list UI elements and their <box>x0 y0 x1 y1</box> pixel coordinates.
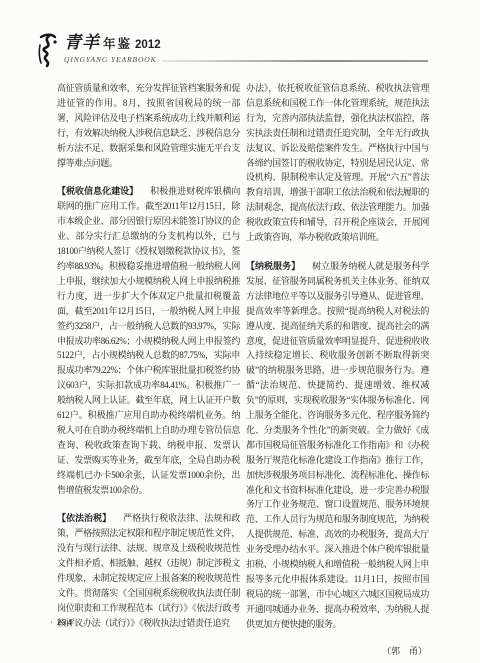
entry-title: 【纳税服务】 <box>246 261 300 271</box>
left-column: 高征管质量和效率，充分发挥征管档案服务和促进征管的作用。8月，按照省国税局的统一… <box>57 81 240 659</box>
author-signature: （郭 甬） <box>246 644 427 659</box>
page-number: · 234 · <box>50 617 80 627</box>
yearbook-title-cn: 青羊 <box>64 33 100 52</box>
paragraph-text: 高征管质量和效率，充分发挥征管档案服务和促进征管的作用。8月，按照省国税局的统一… <box>57 83 240 168</box>
masthead-rule <box>162 60 428 62</box>
entry-tax-informatization: 【税收信息化建设】积极推进财税库银横向联网的推广应用工作。截至2011年12月1… <box>57 184 240 497</box>
paragraph-continuation: 高征管质量和效率，充分发挥征管档案服务和促进征管的作用。8月，按照省国税局的统一… <box>57 81 240 170</box>
entry-taxpayer-service: 【纳税服务】树立服务纳税人就是服务科学发展、征管服务同属税务机关主体业务、征纳双… <box>246 259 429 632</box>
entry-text: 积极推进财税库银横向联网的推广应用工作。截至2011年12月15日，除市本级企业… <box>57 186 240 494</box>
entry-text: 严格执行税收法律、法规和政策，严格按照法定权限和程序制定规范性文件，没有与现行法… <box>57 513 240 627</box>
entry-title: 【依法治税】 <box>57 513 111 523</box>
article-columns: 高征管质量和效率，充分发挥征管档案服务和促进征管的作用。8月，按照省国税局的统一… <box>57 81 429 659</box>
entry-text: 树立服务纳税人就是服务科学发展、征管服务同属税务机关主体业务、征纳双方法律地位平… <box>246 261 429 629</box>
masthead: 青羊年鉴2012 QINGYANG YEARBOOK <box>36 33 161 69</box>
yearbook-title-type: 年鉴 <box>103 37 132 51</box>
entry-tax-administration-by-law: 【依法治税】严格执行税收法律、法规和政策，严格按照法定权限和程序制定规范性文件，… <box>57 511 240 630</box>
yearbook-logo-mark-icon <box>36 33 60 69</box>
yearbook-title-year: 2012 <box>135 39 161 51</box>
paragraph-text: 办法》，依托税收征管信息系统、税收执法管理信息系统和国税工作一体化管理系统，规范… <box>246 83 429 242</box>
yearbook-title: 青羊年鉴2012 <box>64 33 161 55</box>
right-column: 办法》，依托税收征管信息系统、税收执法管理信息系统和国税工作一体化管理系统，规范… <box>246 81 429 659</box>
yearbook-subtitle-en: QINGYANG YEARBOOK <box>64 55 161 64</box>
yearbook-page: 青羊年鉴2012 QINGYANG YEARBOOK 高征管质量和效率，充分发挥… <box>0 0 480 663</box>
paragraph-continuation: 办法》，依托税收征管信息系统、税收执法管理信息系统和国税工作一体化管理系统，规范… <box>246 81 429 245</box>
entry-title: 【税收信息化建设】 <box>57 186 138 196</box>
masthead-text: 青羊年鉴2012 QINGYANG YEARBOOK <box>64 33 161 64</box>
